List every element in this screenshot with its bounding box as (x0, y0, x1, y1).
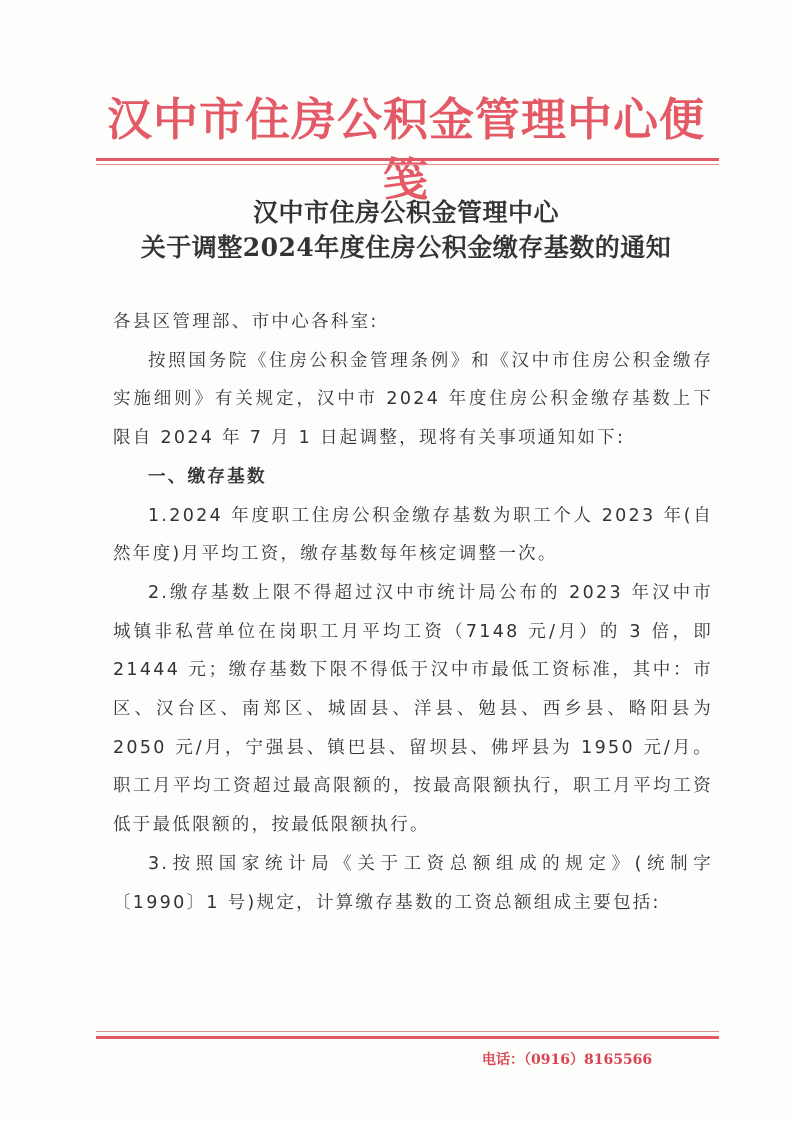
document-body: 各县区管理部、市中心各科室: 按照国务院《住房公积金管理条例》和《汉中市住房公积… (113, 303, 713, 922)
footer-divider-thick (96, 1036, 719, 1039)
item-2-paragraph: 2.缴存基数上限不得超过汉中市统计局公布的 2023 年汉中市城镇非私营单位在岗… (113, 574, 713, 845)
document-title-line2: 关于调整2024年度住房公积金缴存基数的通知 (96, 230, 716, 266)
item-3-paragraph: 3.按照国家统计局《关于工资总额组成的规定》(统制字〔1990〕1 号)规定，计… (113, 845, 713, 922)
letterhead-divider-thick (96, 158, 719, 161)
item-1-paragraph: 1.2024 年度职工住房公积金缴存基数为职工个人 2023 年(自然年度)月平… (113, 497, 713, 574)
section-heading-1: 一、缴存基数 (113, 458, 713, 497)
letterhead-divider-thin (96, 164, 719, 165)
document-title-line1: 汉中市住房公积金管理中心 (96, 195, 716, 231)
footer-phone: 电话：（0916）8165566 (482, 1049, 652, 1069)
letterhead-title: 汉中市住房公积金管理中心便笺 (96, 90, 716, 210)
intro-paragraph: 按照国务院《住房公积金管理条例》和《汉中市住房公积金缴存实施细则》有关规定，汉中… (113, 342, 713, 458)
footer-divider-thin (96, 1031, 719, 1032)
salutation: 各县区管理部、市中心各科室: (113, 303, 713, 342)
